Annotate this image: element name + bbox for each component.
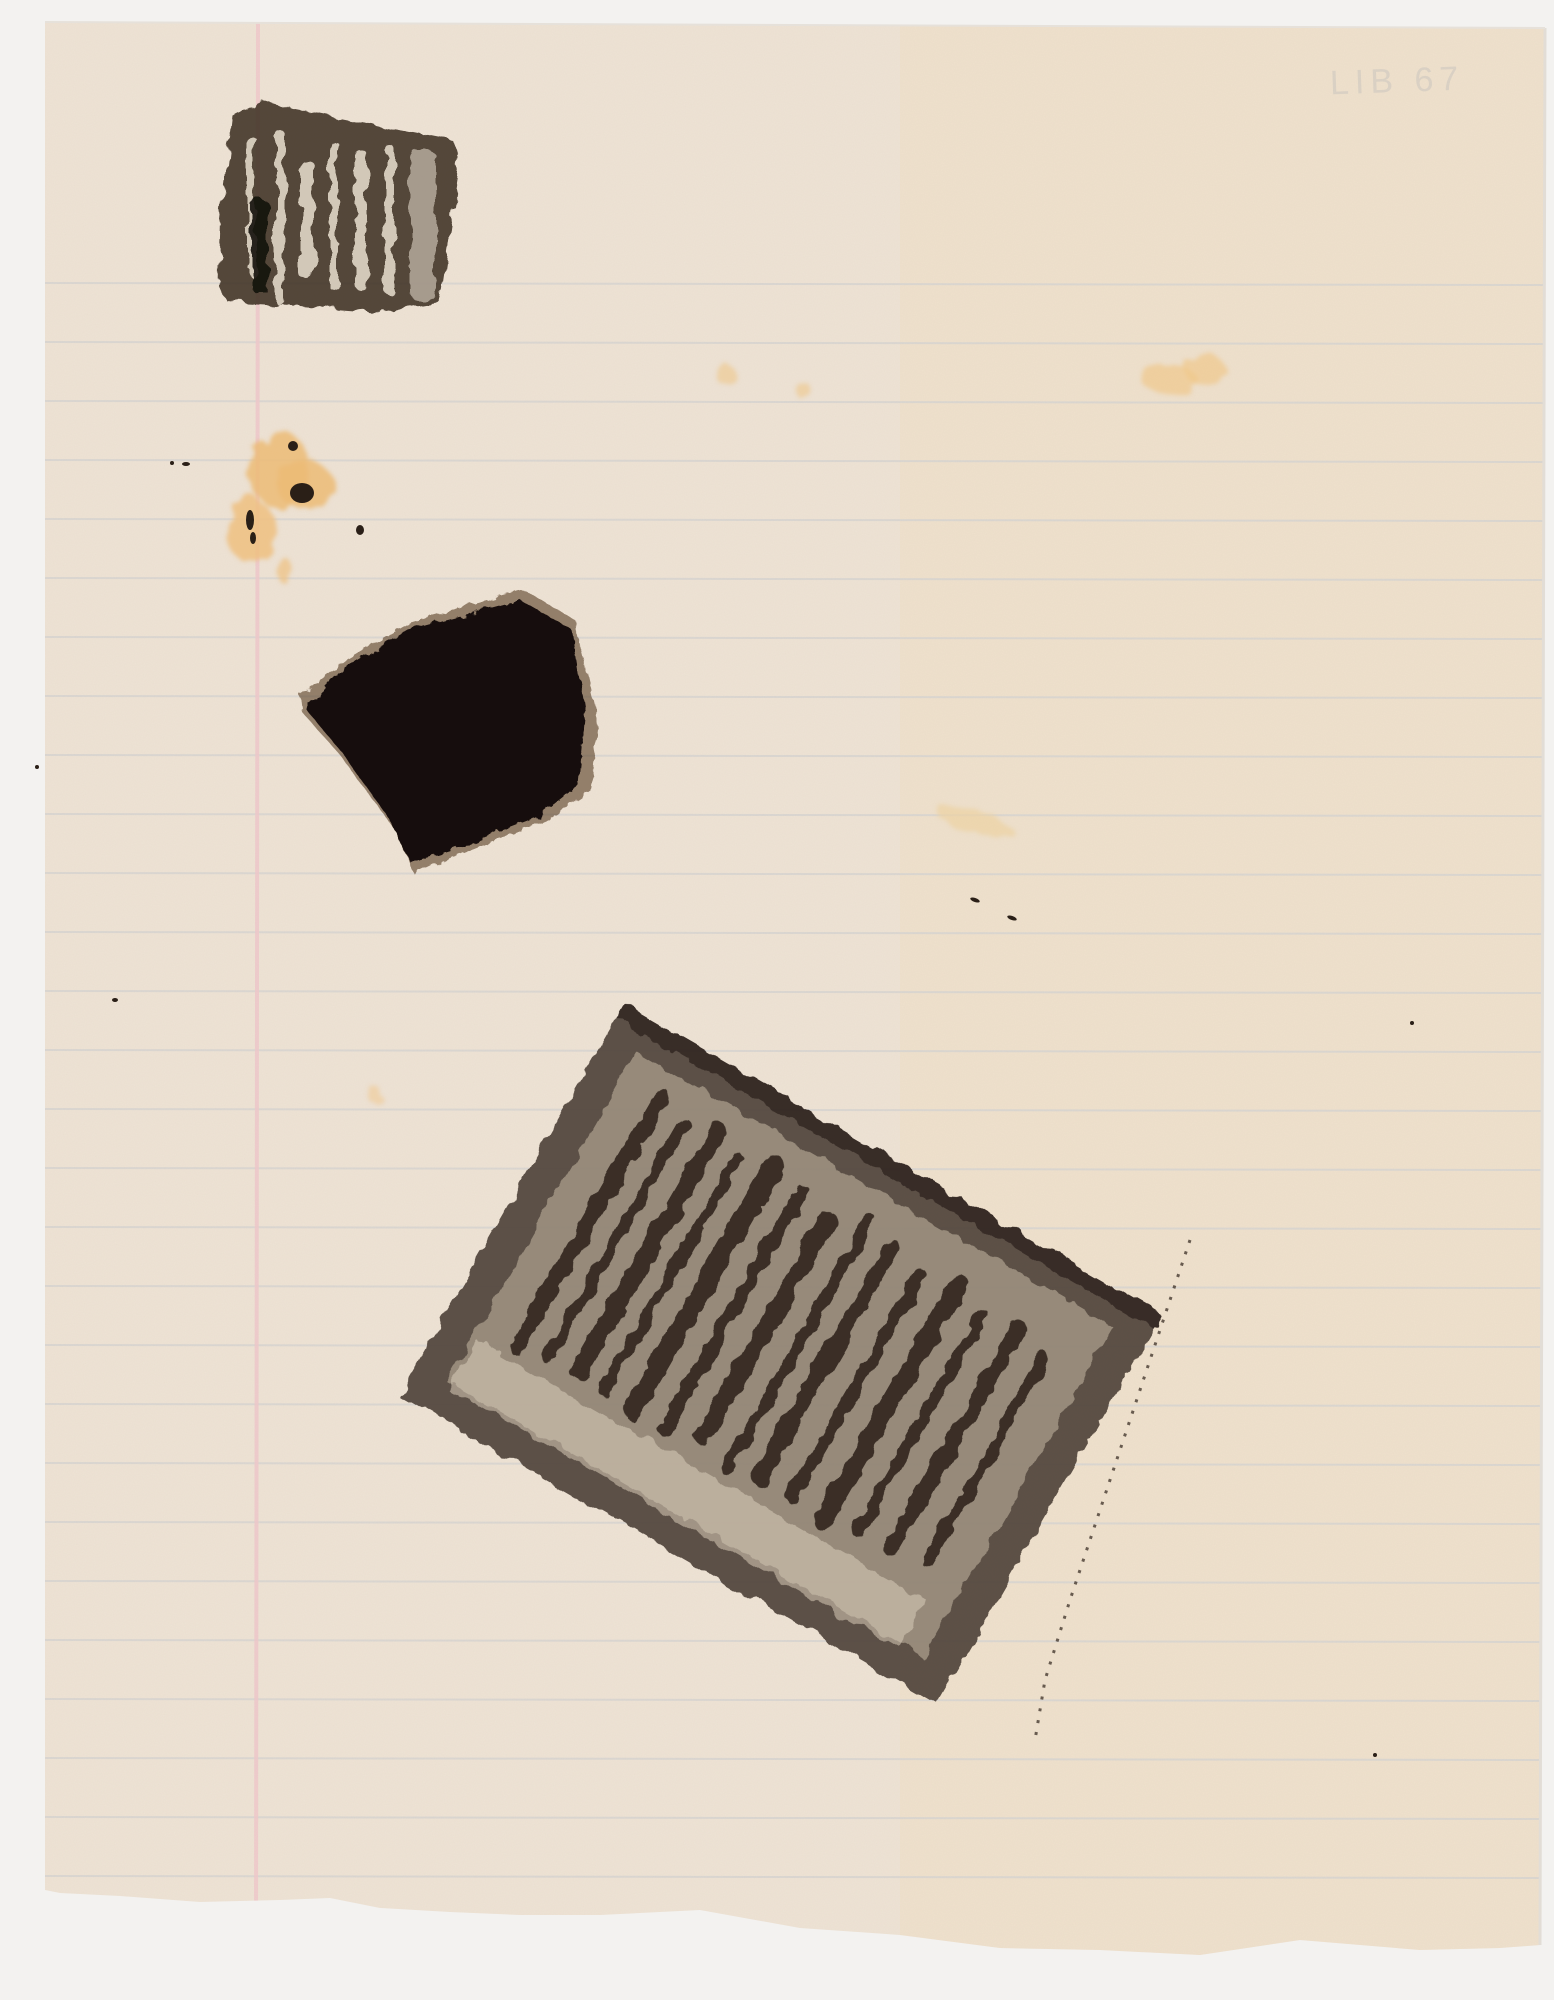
artwork-photo: LIB 67 [0, 0, 1554, 2000]
pencil-inscription: LIB 67 [1329, 60, 1465, 104]
ruled-paper-sheet [0, 0, 1554, 2000]
